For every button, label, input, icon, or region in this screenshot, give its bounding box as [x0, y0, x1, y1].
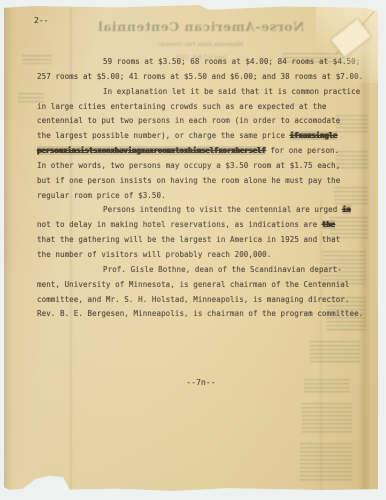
paper-fold-line: [70, 5, 72, 492]
paper-left-edge-shadow: [4, 5, 13, 492]
paper-fold-line: [320, 200, 322, 492]
scanned-paper-sheet: Norse-American Centennial Minnesota Stat…: [4, 5, 378, 492]
corner-crease: [316, 5, 378, 83]
